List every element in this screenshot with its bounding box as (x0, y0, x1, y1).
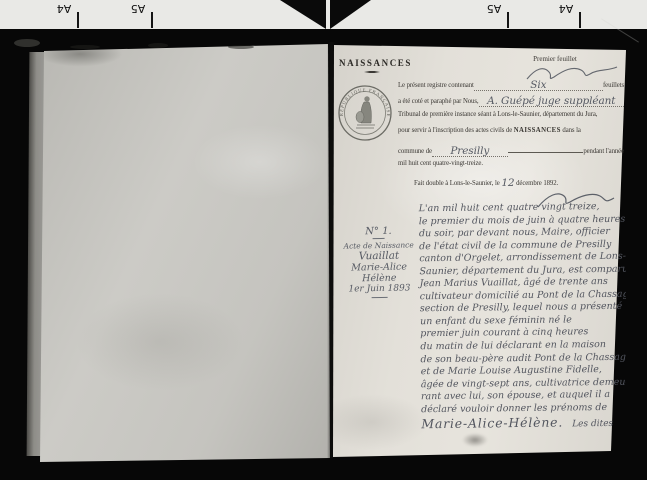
act-line-tail: Les dites (572, 419, 613, 429)
intro-line-3: Tribunal de première instance séant à Lo… (398, 111, 624, 127)
margin-rule (372, 297, 388, 298)
intro-line-2: a été coté et paraphé par Nous, A. Guépé… (398, 94, 624, 110)
film-mark-a5-left: A5 (125, 2, 151, 15)
handwritten-judge: A. Guépé juge suppléant (487, 95, 615, 107)
printed-text: pour servir à l'inscription des actes ci… (398, 127, 512, 134)
intro-line-4: pour servir à l'inscription des actes ci… (398, 127, 624, 143)
microfilm-frame: A4 A5 A5 A4 NAISSANCES Premier feuillet (0, 0, 647, 480)
film-tick (507, 12, 509, 28)
intro-line-5: commune de Presilly pendant l'année (398, 144, 624, 160)
page-title: NAISSANCES (339, 58, 412, 68)
act-date: 1er Juin 1893 (336, 283, 422, 294)
act-body: L'an mil huit cent quatre vingt treize, … (419, 201, 626, 433)
ink-smudge (462, 433, 488, 447)
right-page-content: NAISSANCES Premier feuillet RÉPUBLIQUE F… (334, 45, 626, 457)
act-line-names: Marie-Alice-Hélène. Les dites (421, 414, 626, 433)
film-mark-a4-right: A4 (553, 2, 579, 15)
printed-text: Tribunal de première instance séant à Lo… (398, 111, 597, 118)
film-tick (77, 12, 79, 28)
film-tick (151, 12, 153, 28)
printed-text: feuillets (603, 82, 624, 89)
fill-bar (508, 152, 584, 153)
republique-francaise-seal-icon: RÉPUBLIQUE FRANÇAISE (337, 84, 393, 142)
handwritten-day: 12 (501, 177, 514, 189)
left-page-blank (40, 42, 330, 462)
margin-note: N° 1. Acte de Naissance Vuaillat Marie-A… (335, 225, 422, 298)
stain (70, 45, 100, 49)
stain (228, 45, 254, 49)
printed-text: a été coté et paraphé par Nous, (398, 98, 479, 105)
printed-text: pendant l'année (583, 148, 624, 155)
dotted-leader: Six (474, 78, 603, 91)
printed-keyword: NAISSANCES (514, 127, 561, 134)
film-mark-a5-right: A5 (481, 2, 507, 15)
printed-text: Le présent registre contenant (398, 82, 474, 89)
heading-ornament (364, 71, 380, 73)
handwritten-commune: Presilly (450, 145, 489, 157)
down-triangle-icon (280, 0, 326, 29)
dotted-leader: Presilly (432, 144, 508, 157)
printed-text: mil huit cent quatre-vingt-treize. (398, 160, 483, 167)
printed-text: commune de (398, 148, 432, 155)
intro-line-1: Le présent registre contenant Six feuill… (398, 78, 624, 94)
act-number: N° 1. (335, 225, 421, 237)
film-tick (579, 12, 581, 28)
child-names: Marie-Alice-Hélène. (421, 415, 563, 432)
dotted-leader: A. Guépé juge suppléant (479, 94, 625, 107)
handwritten-count: Six (530, 79, 546, 91)
film-header-band: A4 A5 A5 A4 (0, 0, 647, 29)
stain (148, 43, 168, 48)
margin-rule (373, 238, 385, 239)
stain (14, 39, 40, 47)
down-triangle-icon (330, 0, 371, 29)
printed-text: dans la (562, 127, 580, 134)
intro-line-6: mil huit cent quatre-vingt-treize. (398, 160, 624, 176)
printed-text: Fait double à Lons-le-Saunier, le (414, 180, 500, 187)
register-intro: Le présent registre contenant Six feuill… (398, 78, 624, 193)
film-mark-a4-left: A4 (51, 2, 77, 15)
